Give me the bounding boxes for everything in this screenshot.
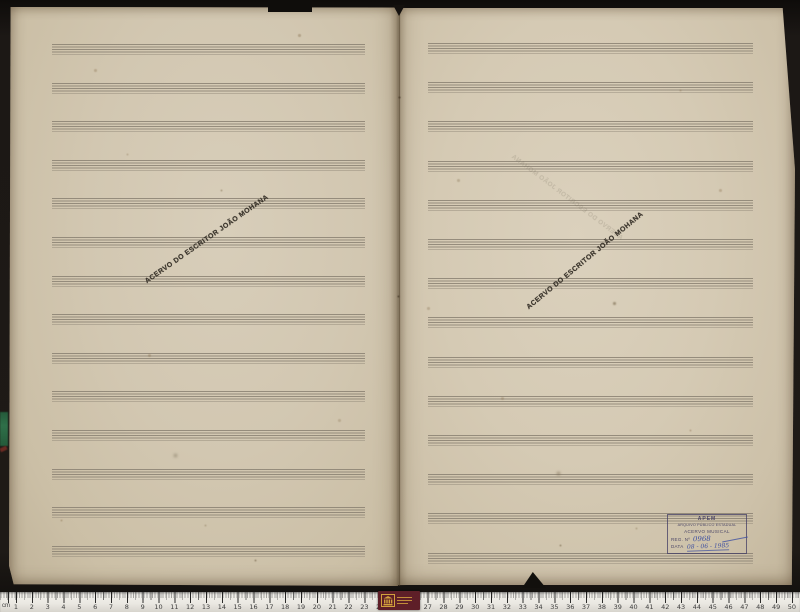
staff-system [428, 161, 753, 172]
logo-caption-lines [397, 597, 412, 603]
ruler-number: 48 [756, 603, 764, 611]
ruler-number: 19 [297, 603, 305, 611]
ruler-number: 16 [249, 603, 257, 611]
ruler-number: 36 [566, 603, 574, 611]
right-page: ACERVO DO ESCRITOR JOÃO MOHANA ACERVO DO… [398, 8, 795, 585]
fold-specks [0, 0, 1, 1]
ruler-number: 13 [202, 603, 210, 611]
ruler-number: 21 [329, 603, 337, 611]
ruler-number: 4 [61, 603, 65, 611]
staff-system [52, 198, 365, 209]
staff-system [52, 430, 365, 441]
staff-system [428, 121, 753, 132]
ruler-number: 8 [125, 603, 129, 611]
top-edge-notch [268, 0, 312, 12]
staff-system [52, 469, 365, 480]
archive-registration-stamp: APEM ARQUIVO PÚBLICO ESTADUAL ACERVO MUS… [667, 514, 747, 554]
ruler-number: 46 [724, 603, 732, 611]
ruler-number: 42 [661, 603, 669, 611]
staff-system [428, 435, 753, 446]
ruler-number: 44 [693, 603, 701, 611]
staff-system [52, 546, 365, 557]
ruler-number: 6 [93, 603, 97, 611]
staff-system [52, 353, 365, 364]
ruler-number: 37 [582, 603, 590, 611]
ruler-number: 23 [360, 603, 368, 611]
archive-building-icon [381, 594, 395, 607]
ruler-number: 18 [281, 603, 289, 611]
ruler-number: 1 [14, 603, 18, 611]
staff-system [428, 43, 753, 54]
staff-system [428, 200, 753, 211]
center-fold-crease [399, 7, 400, 586]
ruler-number: 28 [439, 603, 447, 611]
ruler-number: 7 [109, 603, 113, 611]
ruler-number: 15 [234, 603, 242, 611]
ruler-number: 33 [519, 603, 527, 611]
staff-system [52, 391, 365, 402]
ruler-number: 20 [313, 603, 321, 611]
staff-system [428, 553, 753, 564]
staff-system [52, 276, 365, 287]
staff-system [52, 314, 365, 325]
staff-system [428, 396, 753, 407]
ruler-number: 41 [645, 603, 653, 611]
ruler-number: 10 [154, 603, 162, 611]
ruler-number: 43 [677, 603, 685, 611]
ruler-number: 49 [772, 603, 780, 611]
ruler-number: 45 [709, 603, 717, 611]
staff-system [52, 83, 365, 94]
ruler-number: 12 [186, 603, 194, 611]
scanned-manuscript-spread: ACERVO DO ESCRITOR JOÃO MOHANA ACERVO DO… [0, 0, 800, 612]
registration-number-label: REG. Nº [671, 537, 690, 543]
ruler-number: 3 [46, 603, 50, 611]
staff-system [428, 474, 753, 485]
staff-system [52, 44, 365, 55]
ruler-number: 35 [550, 603, 558, 611]
staff-system [428, 239, 753, 250]
ruler-number: 47 [740, 603, 748, 611]
ruler-number: 9 [141, 603, 145, 611]
archive-stamp-collection: ACERVO MUSICAL [668, 529, 746, 535]
ruler-number: 30 [471, 603, 479, 611]
paper-foxing-spots [9, 7, 10, 8]
archive-logo-plate [378, 591, 420, 610]
ruler-number: 50 [788, 603, 796, 611]
ruler-number: 34 [534, 603, 542, 611]
archive-stamp-institution: ARQUIVO PÚBLICO ESTADUAL [671, 522, 743, 527]
ruler-number: 17 [265, 603, 273, 611]
staff-system [52, 160, 365, 171]
staff-system [428, 357, 753, 368]
ruler-number: 22 [344, 603, 352, 611]
date-value: 08 - 06 - 1985 [686, 544, 728, 552]
scan-bed-red-edge [0, 446, 8, 453]
ruler-number: 39 [614, 603, 622, 611]
staff-system [428, 278, 753, 289]
owner-stamp-right: ACERVO DO ESCRITOR JOÃO MOHANA [526, 211, 645, 311]
ruler-number: 2 [30, 603, 34, 611]
ruler-number: 40 [629, 603, 637, 611]
staff-system [52, 507, 365, 518]
staff-system [52, 121, 365, 132]
staff-system [428, 317, 753, 328]
ruler-number: 32 [503, 603, 511, 611]
date-label: DATA [671, 544, 684, 550]
ruler-number: 14 [218, 603, 226, 611]
left-page: ACERVO DO ESCRITOR JOÃO MOHANA [9, 7, 398, 586]
ruler-number: 11 [170, 603, 178, 611]
ruler-number: 27 [424, 603, 432, 611]
staff-system [428, 82, 753, 93]
ruler-number: 31 [487, 603, 495, 611]
scan-bed-green-edge [0, 412, 8, 446]
ruler-number: 38 [598, 603, 606, 611]
ruler-number: 29 [455, 603, 463, 611]
ruler-unit-label: cm [2, 603, 10, 609]
ruler-number: 5 [77, 603, 81, 611]
